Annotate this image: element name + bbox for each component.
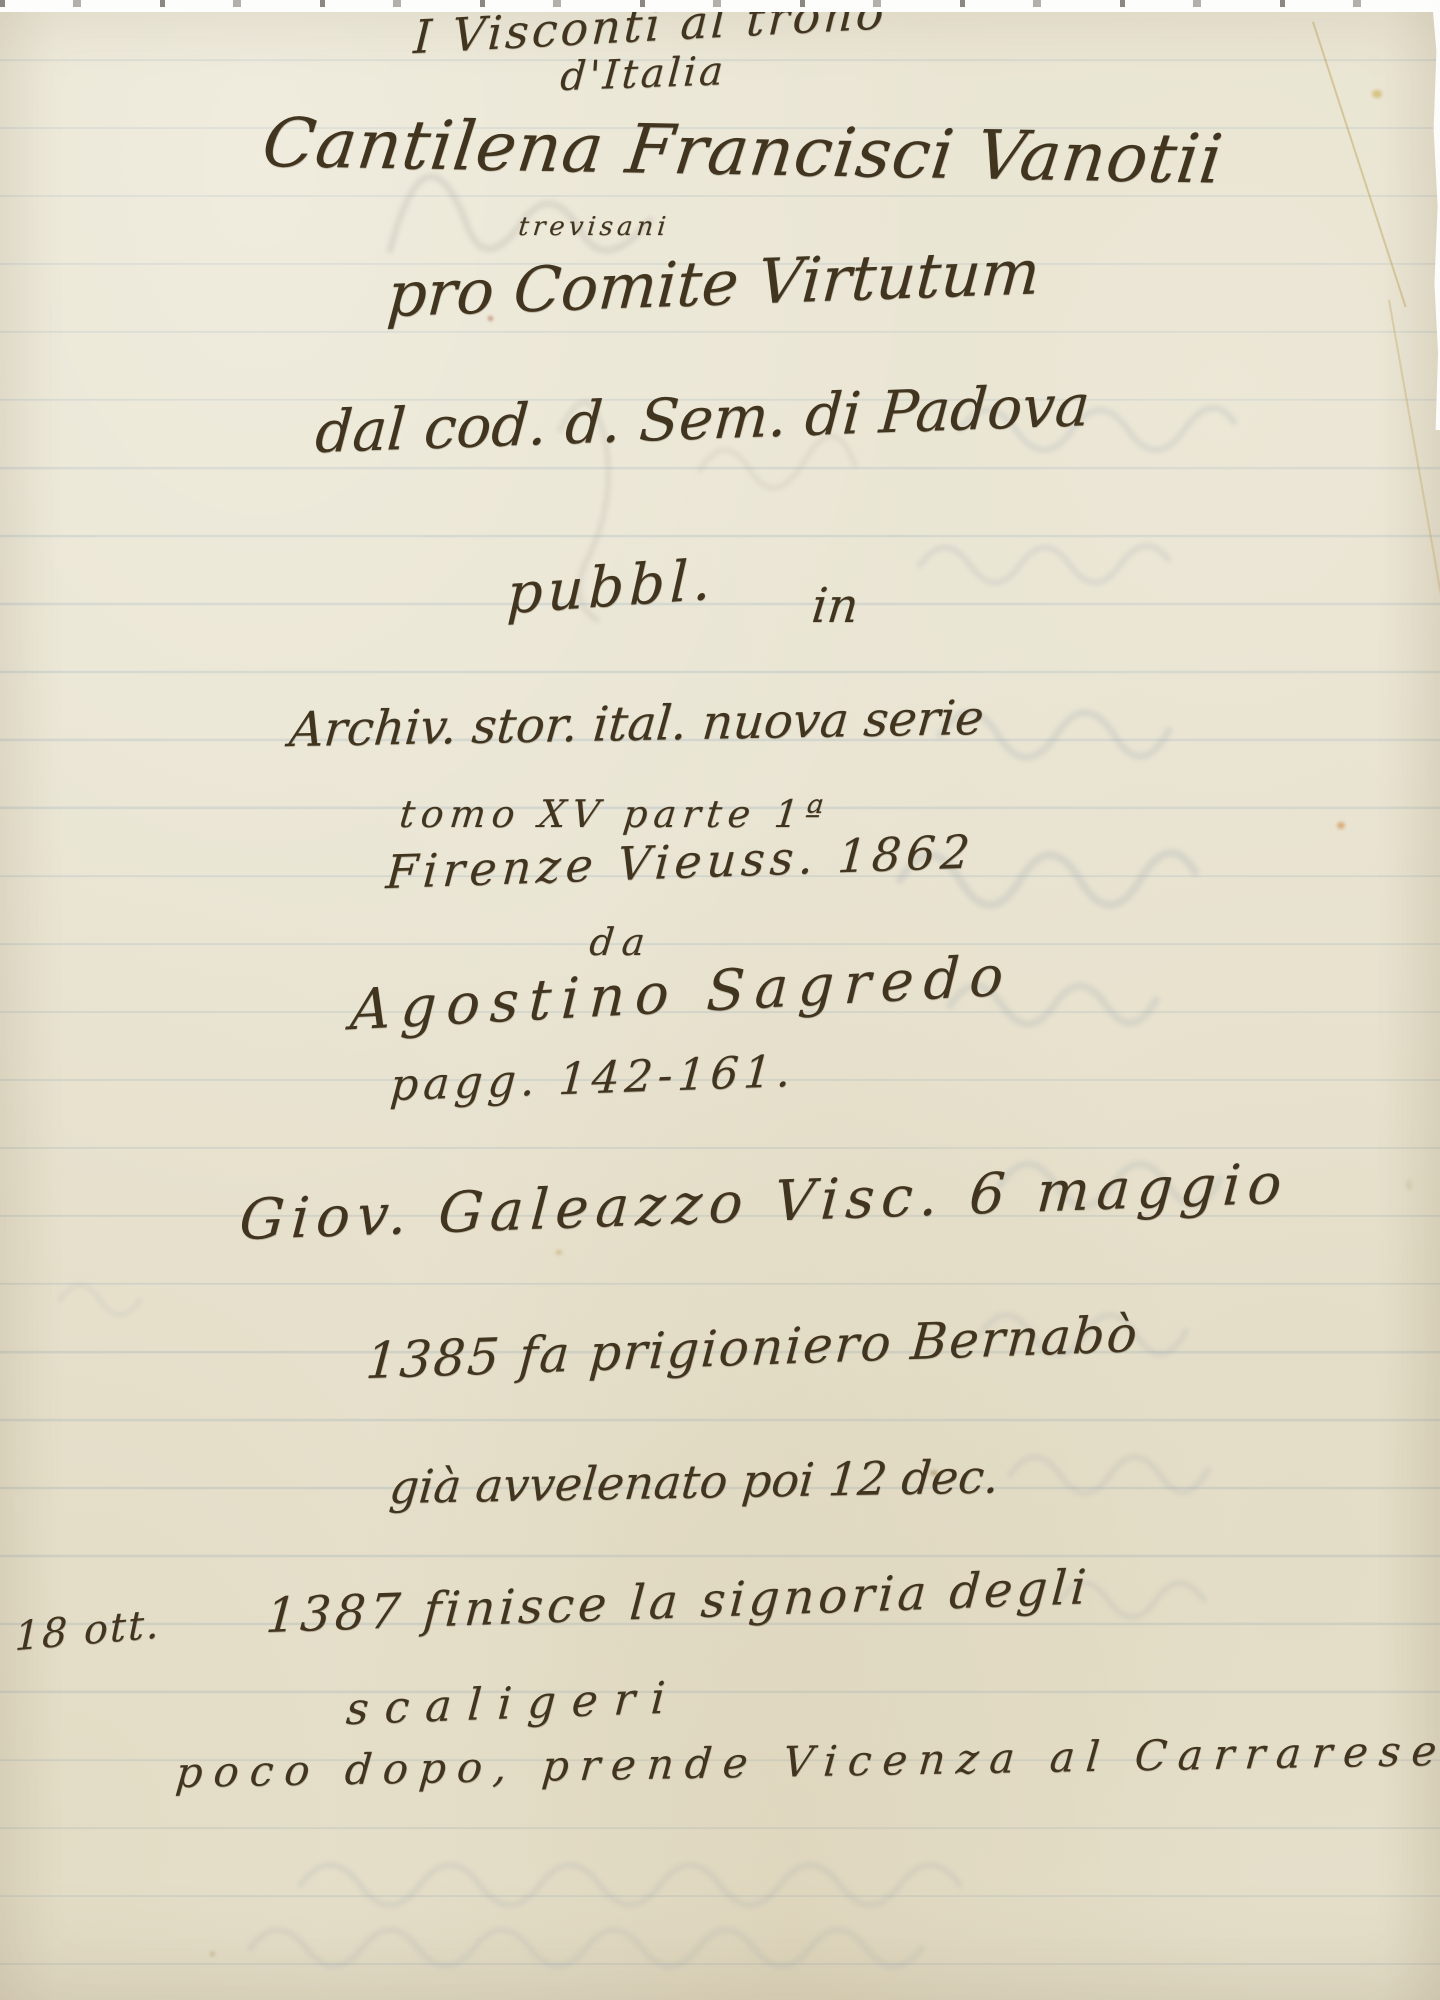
manuscript-line: pubbl. [506, 547, 717, 627]
torn-edge-specks [0, 0, 1440, 7]
manuscript-line: poco dopo, prende Vicenza al Carrarese. [174, 1725, 1440, 1797]
foxing-stain [1337, 822, 1345, 829]
foxing-stain [930, 1470, 938, 1476]
foxing-stain [210, 1952, 215, 1956]
manuscript-line: 1385 fa prigioniero Bernabò [364, 1305, 1141, 1390]
manuscript-line: 1387 finisce la signoria degli [264, 1559, 1092, 1644]
manuscript-line: 18 ott. [14, 1601, 161, 1660]
foxing-stain [1372, 90, 1382, 98]
manuscript-line: in [809, 578, 861, 634]
manuscript-line: già avvelenato poi 12 dec. [387, 1449, 1001, 1514]
foxing-stain [556, 1250, 562, 1255]
manuscript-text: I Visconti al tronod'ItaliaCantilena Fra… [0, 0, 1440, 2000]
manuscript-line: dal cod. d. Sem. di Padova [313, 371, 1092, 466]
foxing-stain [488, 316, 493, 321]
manuscript-line: scaligeri [344, 1672, 682, 1735]
manuscript-line: pagg. 142-161. [388, 1046, 797, 1111]
manuscript-line: Archiv. stor. ital. nuova serie [287, 690, 986, 758]
manuscript-line: tomo XV parte 1ª [397, 792, 831, 836]
manuscript-line: pro Comite Virtutum [385, 235, 1042, 331]
manuscript-line: Cantilena Francisci Vanotii [258, 104, 1227, 200]
manuscript-line: Giov. Galeazzo Visc. 6 maggio [237, 1151, 1290, 1253]
manuscript-line: trevisani [517, 212, 671, 242]
manuscript-line: d'Italia [559, 48, 728, 100]
manuscript-line: Agostino Sagredo [349, 943, 1015, 1043]
manuscript-line: da [587, 920, 655, 964]
foxing-stain [1406, 1180, 1412, 1190]
